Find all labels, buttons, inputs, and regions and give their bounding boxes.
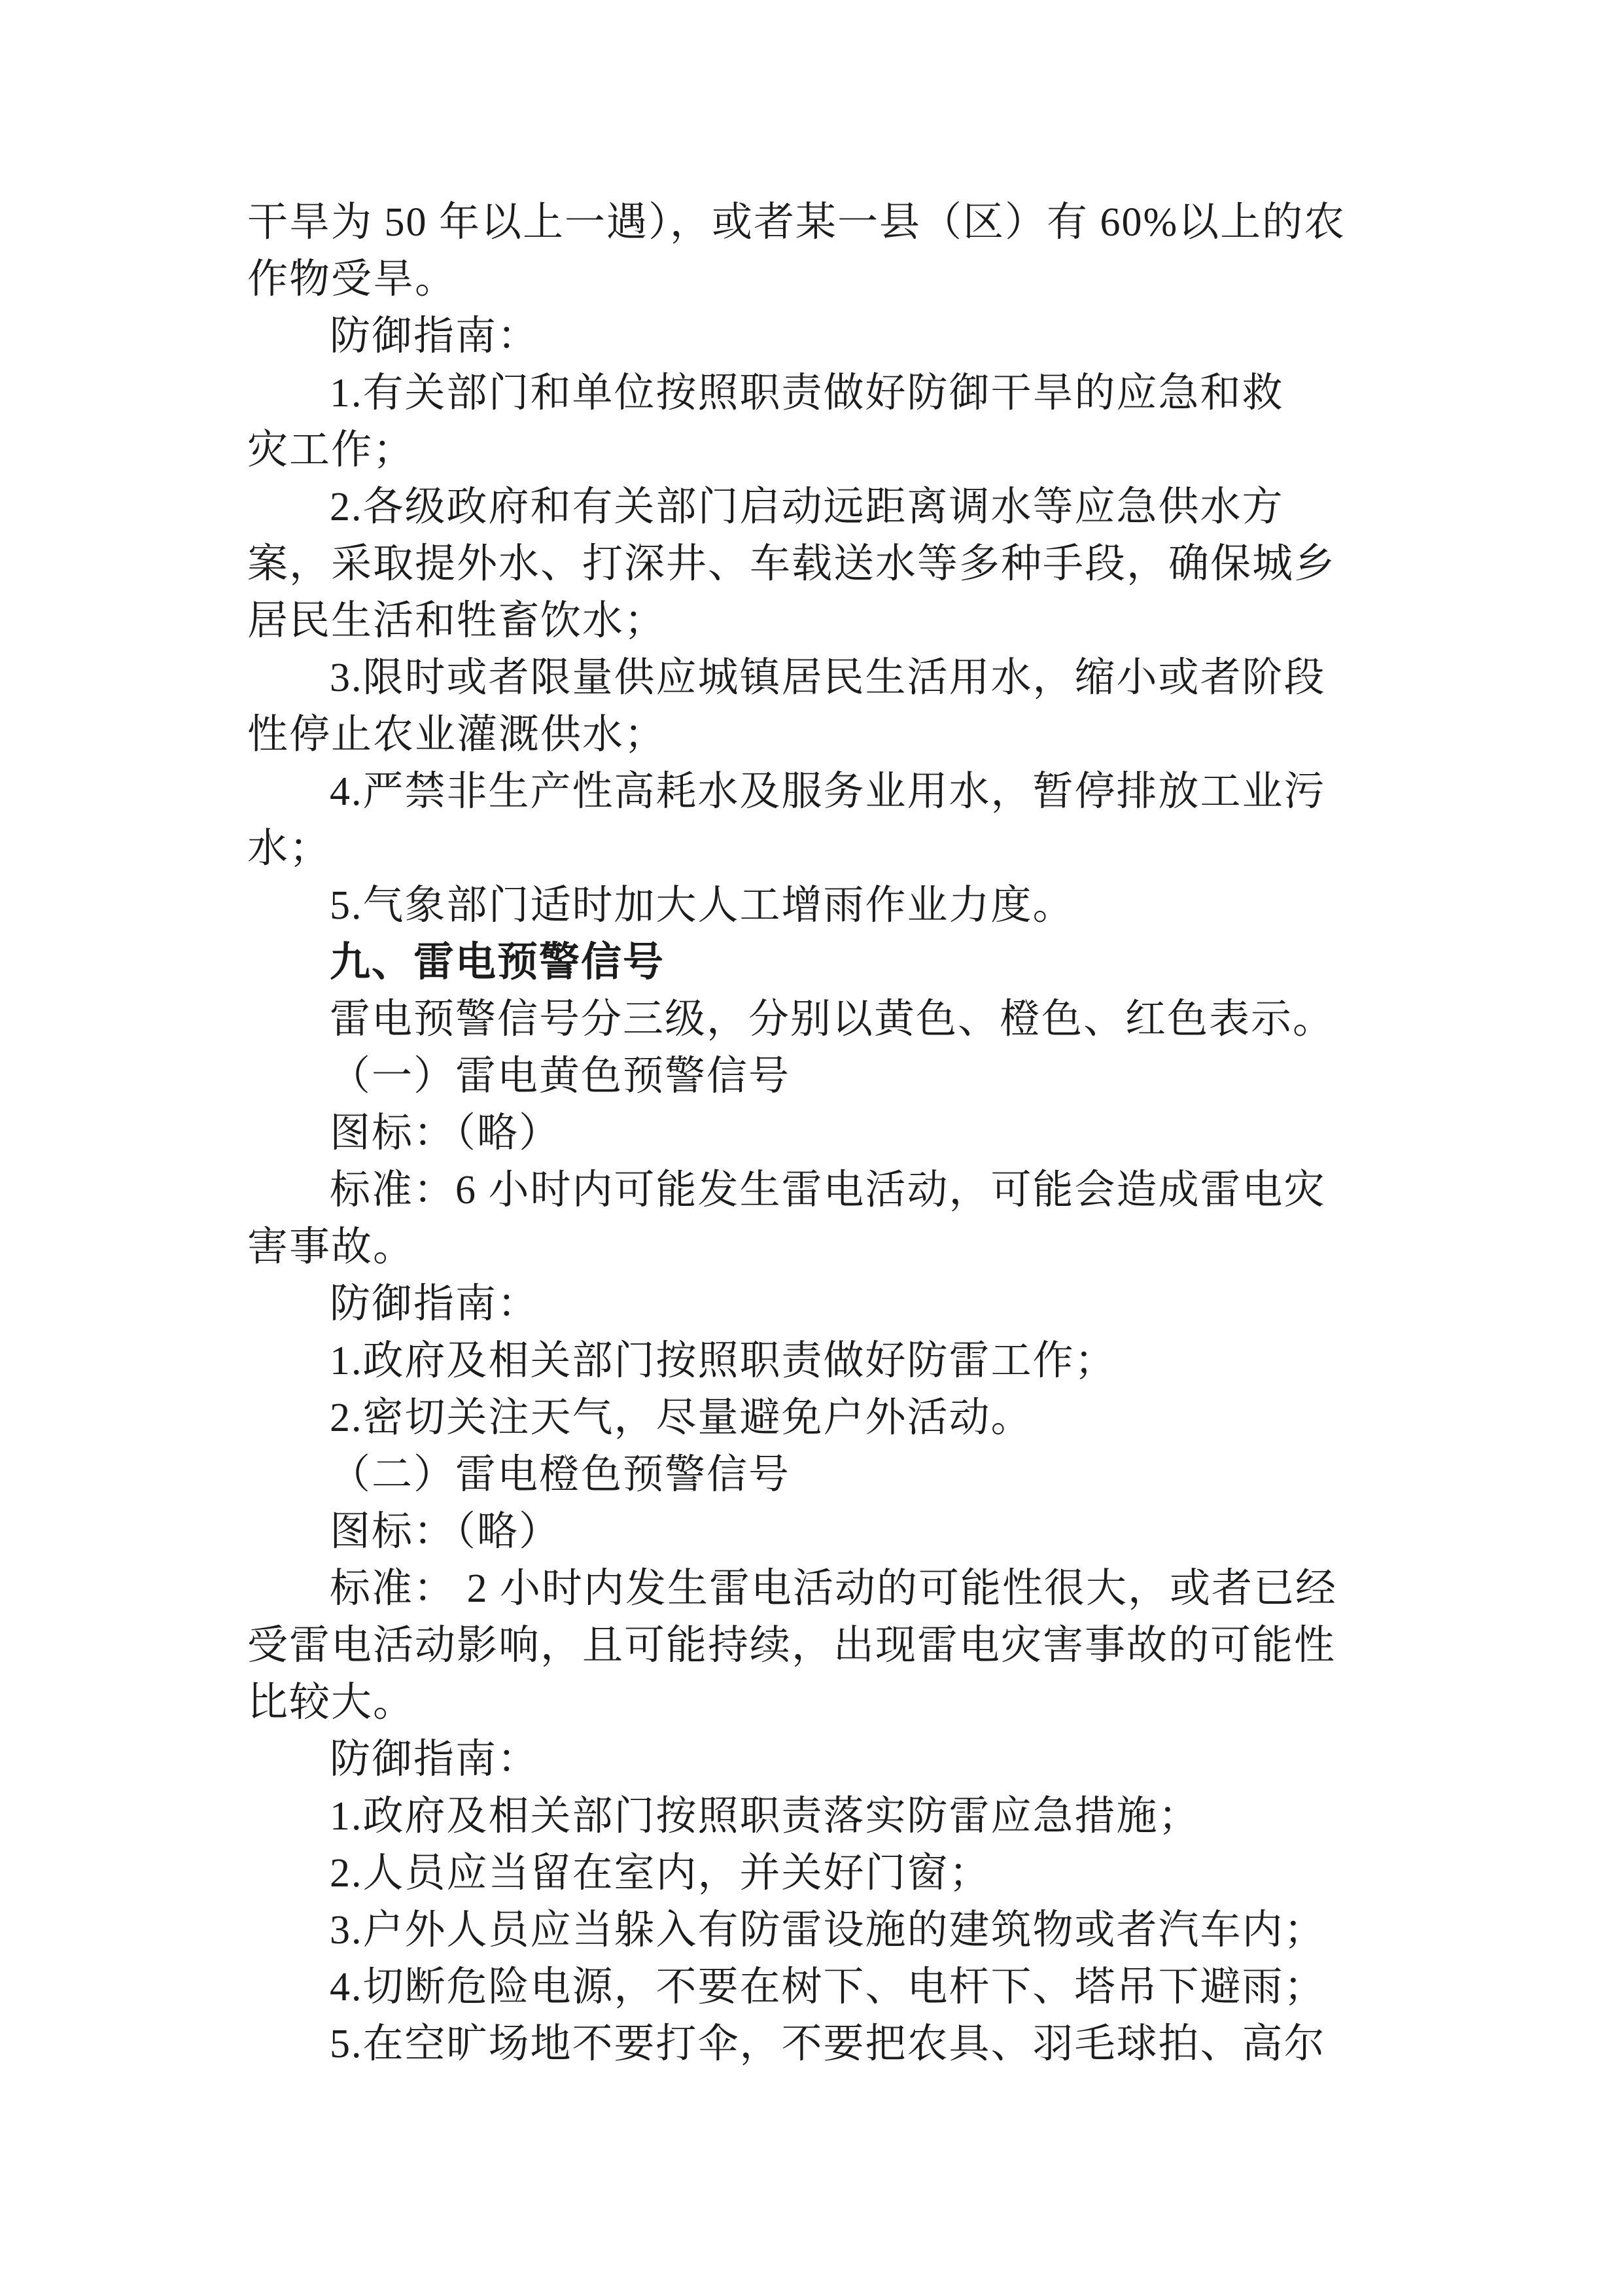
text-line: 图标：（略） (247, 1504, 1381, 1561)
text-line: 受雷电活动影响，且可能持续，出现雷电灾害事故的可能性 (247, 1617, 1381, 1674)
text-line: 灾工作； (247, 422, 1381, 479)
text-line: 居民生活和牲畜饮水； (247, 593, 1381, 650)
text-line: 1.政府及相关部门按照职责做好防雷工作； (247, 1333, 1381, 1390)
text-line: 标准： 2 小时内发生雷电活动的可能性很大，或者已经 (247, 1561, 1381, 1617)
text-line: 3.限时或者限量供应城镇居民生活用水，缩小或者阶段 (247, 650, 1381, 707)
text-line: 害事故。 (247, 1219, 1381, 1276)
document-page: 干旱为 50 年以上一遇），或者某一县（区）有 60%以上的农作物受旱。防御指南… (0, 0, 1623, 2296)
text-line: 4.严禁非生产性高耗水及服务业用水，暂停排放工业污 (247, 764, 1381, 821)
text-line: 防御指南： (247, 1276, 1381, 1333)
text-line: 干旱为 50 年以上一遇），或者某一县（区）有 60%以上的农 (247, 194, 1381, 251)
text-line: 防御指南： (247, 308, 1381, 365)
text-line: 比较大。 (247, 1674, 1381, 1731)
document-body: 干旱为 50 年以上一遇），或者某一县（区）有 60%以上的农作物受旱。防御指南… (247, 194, 1381, 2073)
section-heading-line: 九、雷电预警信号 (247, 934, 1381, 991)
text-line: 2.各级政府和有关部门启动远距离调水等应急供水方 (247, 479, 1381, 536)
text-line: 5.在空旷场地不要打伞，不要把农具、羽毛球拍、高尔 (247, 2016, 1381, 2073)
text-line: 防御指南： (247, 1731, 1381, 1788)
text-line: 2.密切关注天气，尽量避免户外活动。 (247, 1390, 1381, 1447)
text-line: 性停止农业灌溉供水； (247, 707, 1381, 764)
text-line: （二）雷电橙色预警信号 (247, 1447, 1381, 1504)
text-line: 2.人员应当留在室内，并关好门窗； (247, 1845, 1381, 1902)
text-line: 雷电预警信号分三级，分别以黄色、橙色、红色表示。 (247, 991, 1381, 1048)
text-line: 1.政府及相关部门按照职责落实防雷应急措施； (247, 1788, 1381, 1845)
text-line: （一）雷电黄色预警信号 (247, 1048, 1381, 1105)
text-line: 标准：6 小时内可能发生雷电活动，可能会造成雷电灾 (247, 1162, 1381, 1219)
text-line: 图标：（略） (247, 1105, 1381, 1162)
text-line: 1.有关部门和单位按照职责做好防御干旱的应急和救 (247, 365, 1381, 422)
text-line: 4.切断危险电源，不要在树下、电杆下、塔吊下避雨； (247, 1959, 1381, 2016)
text-line: 3.户外人员应当躲入有防雷设施的建筑物或者汽车内； (247, 1902, 1381, 1959)
text-line: 作物受旱。 (247, 251, 1381, 308)
text-line: 案，采取提外水、打深井、车载送水等多种手段，确保城乡 (247, 536, 1381, 593)
text-line: 5.气象部门适时加大人工增雨作业力度。 (247, 877, 1381, 934)
text-line: 水； (247, 821, 1381, 877)
